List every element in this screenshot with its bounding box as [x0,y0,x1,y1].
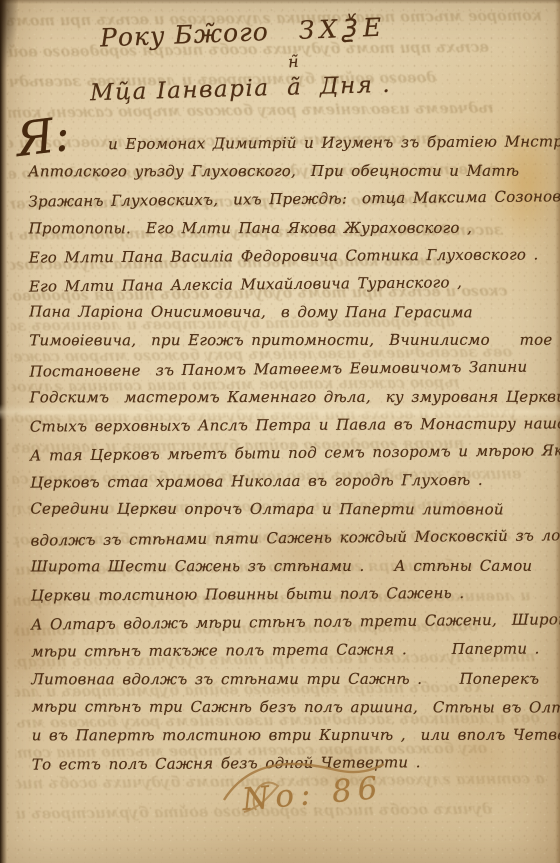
date-line: Року Бж̃огоЗХѮЕ [100,13,387,53]
manuscript-line: Протопопы. Его Млти Пана Якова Жураховск… [29,213,545,242]
date-year: ЗХѮЕ [298,13,387,45]
archival-number-value: 86 [330,770,384,810]
manuscript-line: и Еромонах Димитрій и Игуменъ зъ братіею… [28,127,544,158]
manuscript-line: А Олтаръ вдолжъ мѣри стѣнъ полъ трети Са… [31,606,547,639]
manuscript-line: Стыхъ верховныхъ Апслъ Петра и Павла въ … [30,409,546,440]
manuscript-line: Зражанъ Глуховскихъ, ихъ Преждѣ: отца Ма… [28,183,544,216]
corner-shadow [0,0,18,70]
manuscript-line: мѣри стѣнъ такъже полъ трета Сажня . Пап… [31,635,547,666]
manuscript-line: Тимоѳіевича, при Егожъ притомности, Вчин… [29,326,545,355]
manuscript-line: Постановене зъ Паномъ Матѳеемъ Еѳимовичо… [29,352,545,385]
manuscript-line: Аптолского уѣзду Глуховского, При обецно… [28,157,544,186]
manuscript-line: Литовнаа вдолжъ зъ стѣнами три Сажнѣ . П… [31,664,547,693]
manuscript-line: Его Млти Пана Алексіа Михайловича Туранс… [29,267,545,300]
manuscript-line: Середини Церкви опрочъ Олтара и Паперти … [30,495,546,524]
interline-mark: н̃ [287,52,299,72]
top-edge-shadow [0,0,560,4]
manuscript-line: То естъ полъ Сажня безъ одной Четверти . [32,748,548,779]
manuscript-line: Церковъ стаа храмова Николаа въ городѣ Г… [30,466,546,497]
manuscript-body: и Еромонах Димитрій и Игуменъ зъ братіею… [28,127,548,778]
month-day-line: Мц̃а Іанваріа а̃ Дня . [90,72,392,106]
manuscript-page: которое мѣсто пана сотника глуховского и… [0,0,560,863]
manuscript-line: Годскимъ мастеромъ Каменнаго дѣла, ку зм… [30,382,546,411]
manuscript-line: Его Млти Пана Василіа Федоровича Сотника… [29,240,545,271]
manuscript-line: А тая Церковъ мѣетъ быти под семъ позоро… [30,436,546,469]
manuscript-line: Пана Ларіона Онисимовича, в дому Пана Ге… [29,298,545,327]
manuscript-line: Широта Шести Сажень зъ стѣнами . А стѣны… [31,551,547,580]
left-edge-shadow [0,0,7,863]
manuscript-line: вдолжъ зъ стѣнами пяти Сажень кождый Мос… [30,521,546,554]
manuscript-line: Церкви толстиною Повинны быти полъ Сажен… [31,578,547,609]
manuscript-line: и въ Папертѣ толстиною втри Кирпичѣ , ил… [32,721,548,750]
archival-number-label: No: [241,776,318,818]
manuscript-line: мѣри стѣнъ три Сажнѣ безъ полъ аршина, С… [32,692,548,721]
date-line-words: Року Бж̃ого [100,17,270,52]
